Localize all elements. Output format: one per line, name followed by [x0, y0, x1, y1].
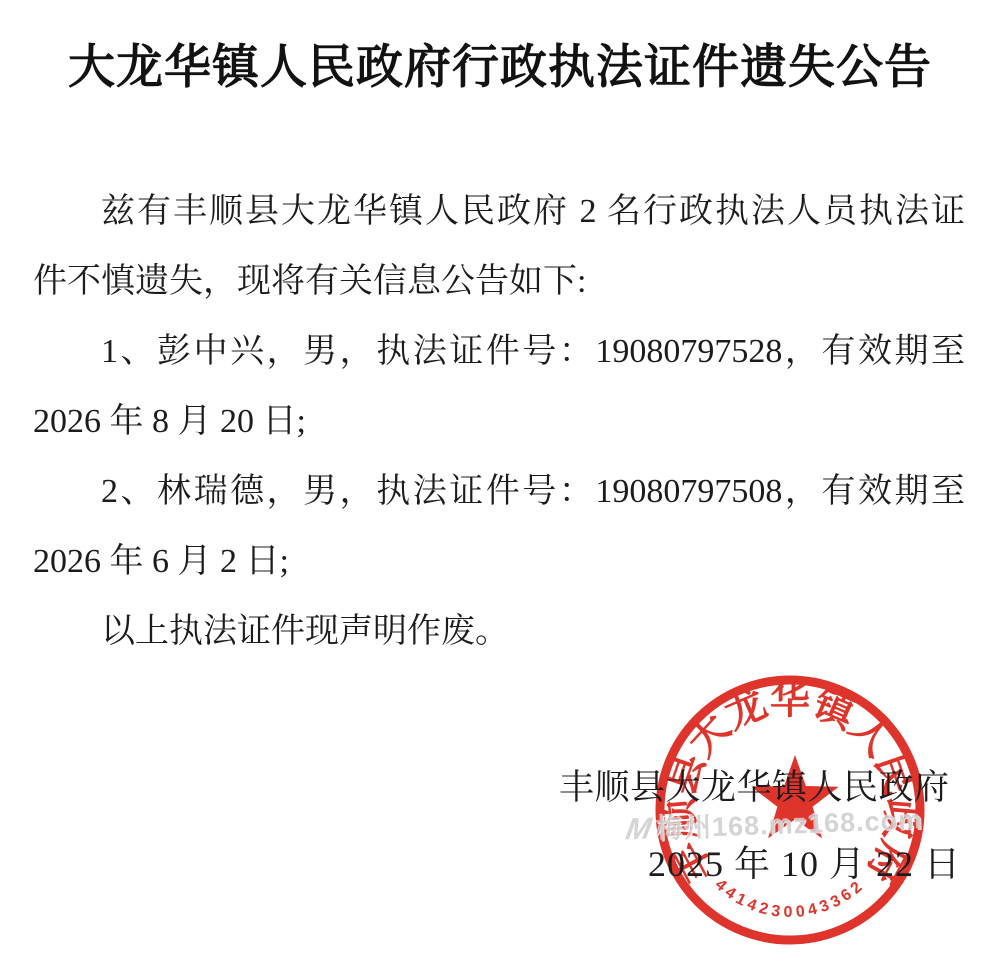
- body-line-4: 2026 年 8 月 20 日;: [33, 387, 965, 457]
- seal-graphic: 丰顺县大龙华镇人民政府 4414230043362: [645, 665, 935, 955]
- issue-date: 2025 年 10 月 22 日: [648, 836, 961, 887]
- body-line-6: 2026 年 6 月 2 日;: [33, 527, 965, 597]
- body-line-1: 兹有丰顺县大龙华镇人民政府 2 名行政执法人员执法证: [33, 177, 965, 247]
- notice-body: 兹有丰顺县大龙华镇人民政府 2 名行政执法人员执法证 件不慎遗失，现将有关信息公…: [33, 177, 965, 667]
- issuer-signature: 丰顺县大龙华镇人民政府: [559, 760, 950, 810]
- body-line-3: 1、彭中兴，男，执法证件号：19080797528，有效期至: [33, 317, 965, 387]
- notice-title: 大龙华镇人民政府行政执法证件遗失公告: [0, 30, 1000, 97]
- official-seal: 丰顺县大龙华镇人民政府 4414230043362: [645, 665, 935, 955]
- body-line-7: 以上执法证件现声明作废。: [33, 597, 965, 667]
- body-line-2: 件不慎遗失，现将有关信息公告如下:: [33, 247, 965, 317]
- body-line-5: 2、林瑞德，男，执法证件号：19080797508，有效期至: [33, 457, 965, 527]
- notice-document: 大龙华镇人民政府行政执法证件遗失公告 兹有丰顺县大龙华镇人民政府 2 名行政执法…: [0, 0, 1000, 966]
